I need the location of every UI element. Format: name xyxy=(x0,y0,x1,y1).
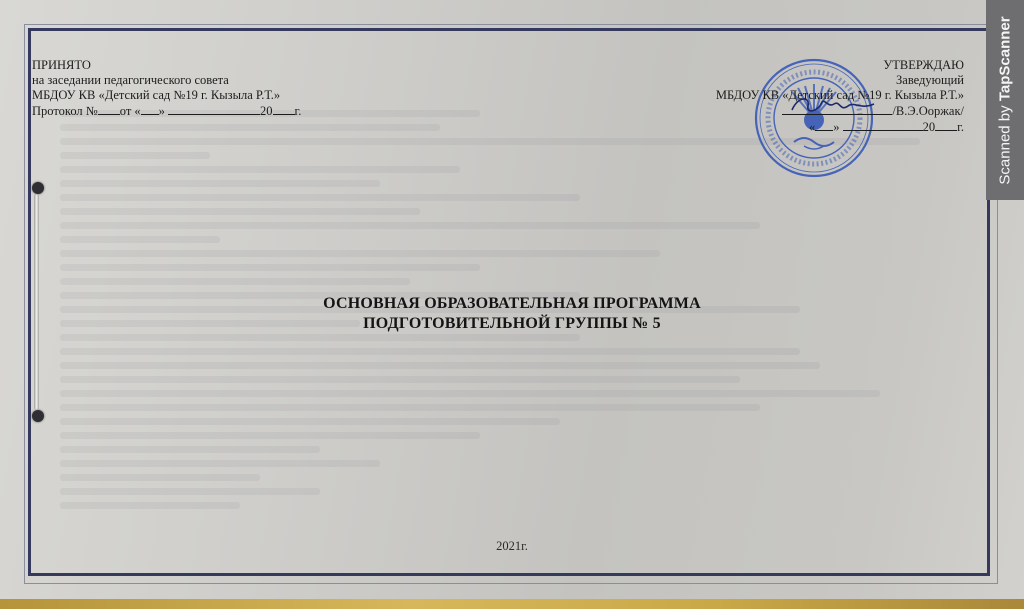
signature-line: /В.Э.Ооржак/ xyxy=(716,103,964,119)
council-label: на заседании педагогического совета xyxy=(32,73,301,88)
head-title: Заведующий xyxy=(716,73,964,88)
approval-block-left: ПРИНЯТО на заседании педагогического сов… xyxy=(32,58,301,119)
approval-date-line: «» 20г. xyxy=(716,119,964,135)
binding-hole-bottom xyxy=(32,410,44,422)
protocol-number-blank xyxy=(98,103,120,115)
protocol-line: Протокол №от «» 20г. xyxy=(32,103,301,119)
protocol-day-blank xyxy=(141,103,159,115)
institution-name: МБДОУ КВ «Детский сад №19 г. Кызыла Р.Т.… xyxy=(32,88,301,103)
protocol-month-blank xyxy=(168,103,260,115)
signature-blank xyxy=(782,103,892,115)
approval-day-blank xyxy=(815,119,833,131)
document-year: 2021г. xyxy=(0,539,1024,554)
scanner-watermark: Scanned by TapScanner xyxy=(986,0,1024,200)
approval-year-blank xyxy=(935,119,957,131)
binding-hole-top xyxy=(32,182,44,194)
document-title: ОСНОВНАЯ ОБРАЗОВАТЕЛЬНАЯ ПРОГРАММА ПОДГО… xyxy=(0,294,1024,334)
backdrop-surface xyxy=(0,599,1024,609)
scanned-page: ПРИНЯТО на заседании педагогического сов… xyxy=(0,0,1024,599)
protocol-year-blank xyxy=(273,103,295,115)
approval-month-blank xyxy=(843,119,923,131)
institution-name-right: МБДОУ КВ «Детский сад №19 г. Кызыла Р.Т.… xyxy=(716,88,964,103)
accepted-label: ПРИНЯТО xyxy=(32,58,301,73)
watermark-brand: TapScanner xyxy=(997,16,1014,101)
title-line-1: ОСНОВНАЯ ОБРАЗОВАТЕЛЬНАЯ ПРОГРАММА xyxy=(0,294,1024,314)
title-line-2: ПОДГОТОВИТЕЛЬНОЙ ГРУППЫ № 5 xyxy=(0,314,1024,334)
approval-block-right: УТВЕРЖДАЮ Заведующий МБДОУ КВ «Детский с… xyxy=(716,58,964,135)
approve-label: УТВЕРЖДАЮ xyxy=(716,58,964,73)
